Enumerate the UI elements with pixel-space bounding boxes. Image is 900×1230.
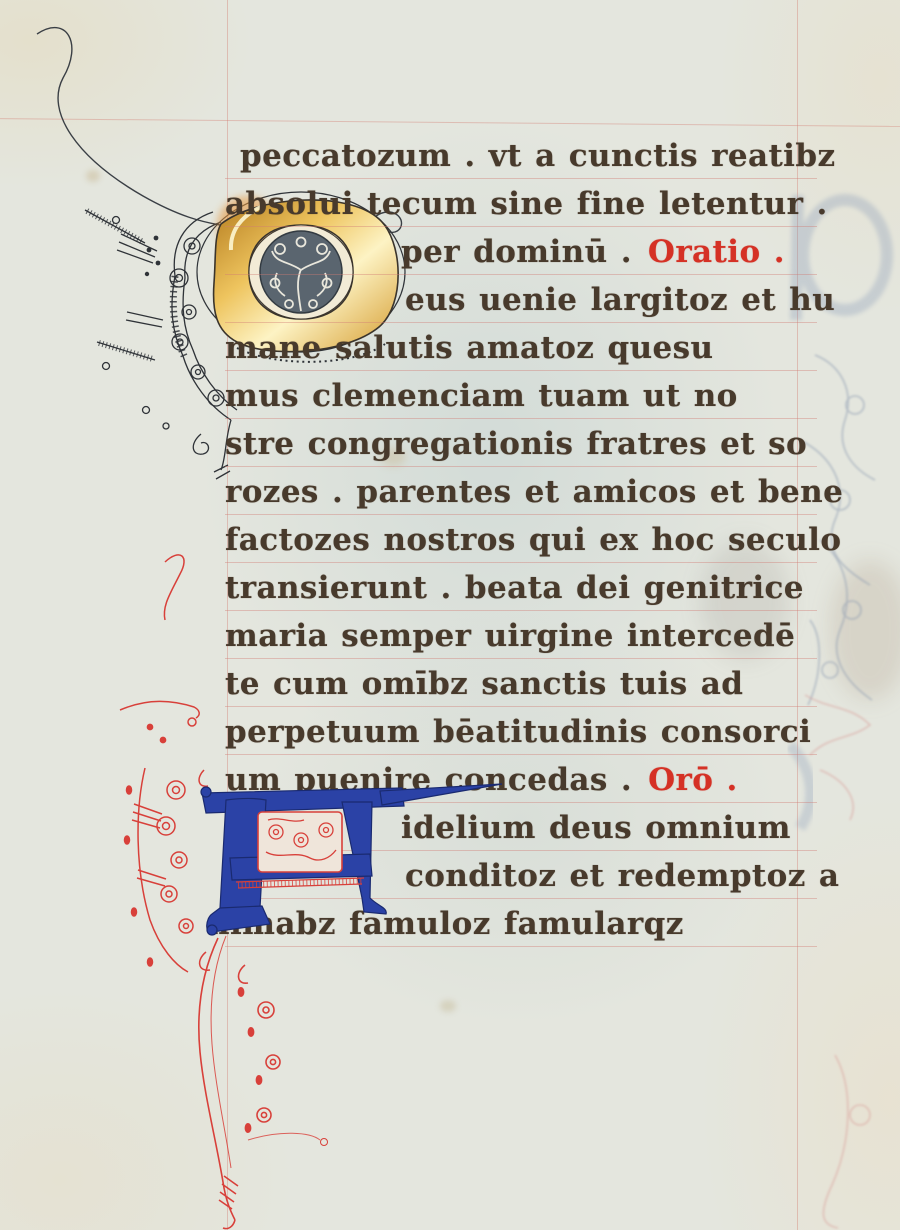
penwork-dots [145, 236, 161, 277]
line-text: conditoz et redemptoz a [405, 858, 839, 894]
showthrough-smudge [830, 560, 900, 700]
manuscript-page: peccatozum . vt a cunctis reatibz absolu… [0, 0, 900, 1230]
text-line: transierunt . beata dei genitrice [225, 565, 817, 613]
parchment-stain [86, 170, 100, 182]
line-text: rozes . parentes et amicos et bene [225, 474, 843, 510]
text-line: te cum omībz sanctis tuis ad [225, 661, 817, 709]
rubric-oratio: Oratio . [648, 234, 785, 270]
ruling-top-horizontal [0, 118, 900, 127]
red-filigree-tail [199, 936, 328, 1229]
rubric-oro: Orō . [648, 762, 738, 798]
parchment-stain [440, 1000, 456, 1012]
text-line: maria semper uirgine intercedē [225, 613, 817, 661]
line-text: maria semper uirgine intercedē [225, 618, 795, 654]
line-text: mus clemenciam tuam ut no [225, 378, 738, 414]
text-line: um puenire concedas .Orō . [225, 757, 817, 805]
line-text: per dominū . [401, 234, 632, 270]
line-text: nimabz famuloz famularqz [207, 906, 684, 942]
red-filigree-antenna [120, 555, 199, 743]
text-line: idelium deus omnium [401, 805, 817, 853]
red-filigree-cluster [125, 768, 211, 972]
line-text: um puenire concedas . [225, 762, 632, 798]
text-line: perpetuum bēatitudinis consorci [225, 709, 817, 757]
text-line: mane salutis amatoz quesu [225, 325, 817, 373]
line-text: te cum omībz sanctis tuis ad [225, 666, 743, 702]
text-line: rozes . parentes et amicos et bene [225, 469, 817, 517]
text-block: peccatozum . vt a cunctis reatibz absolu… [225, 133, 817, 951]
line-text: mane salutis amatoz quesu [225, 330, 713, 366]
line-text: stre congregationis fratres et so [225, 426, 807, 462]
text-line: peccatozum . vt a cunctis reatibz [240, 133, 817, 181]
line-text: transierunt . beata dei genitrice [225, 570, 804, 606]
line-text: eus uenie largitoz et hu [405, 282, 835, 318]
text-line: nimabz famuloz famularqz [207, 901, 817, 949]
line-text: factozes nostros qui ex hoc seculo [225, 522, 841, 558]
text-line: factozes nostros qui ex hoc seculo [225, 517, 817, 565]
line-text: absolui tecum sine fine letentur . [225, 186, 828, 222]
text-line: absolui tecum sine fine letentur . [225, 181, 817, 229]
text-line: per dominū .Oratio . [401, 229, 817, 277]
text-line: mus clemenciam tuam ut no [225, 373, 817, 421]
line-text: perpetuum bēatitudinis consorci [225, 714, 811, 750]
text-line: conditoz et redemptoz a [405, 853, 817, 901]
line-text: peccatozum . vt a cunctis reatibz [240, 138, 835, 174]
text-line: eus uenie largitoz et hu [405, 277, 817, 325]
text-line: stre congregationis fratres et so [225, 421, 817, 469]
line-text: idelium deus omnium [401, 810, 791, 846]
